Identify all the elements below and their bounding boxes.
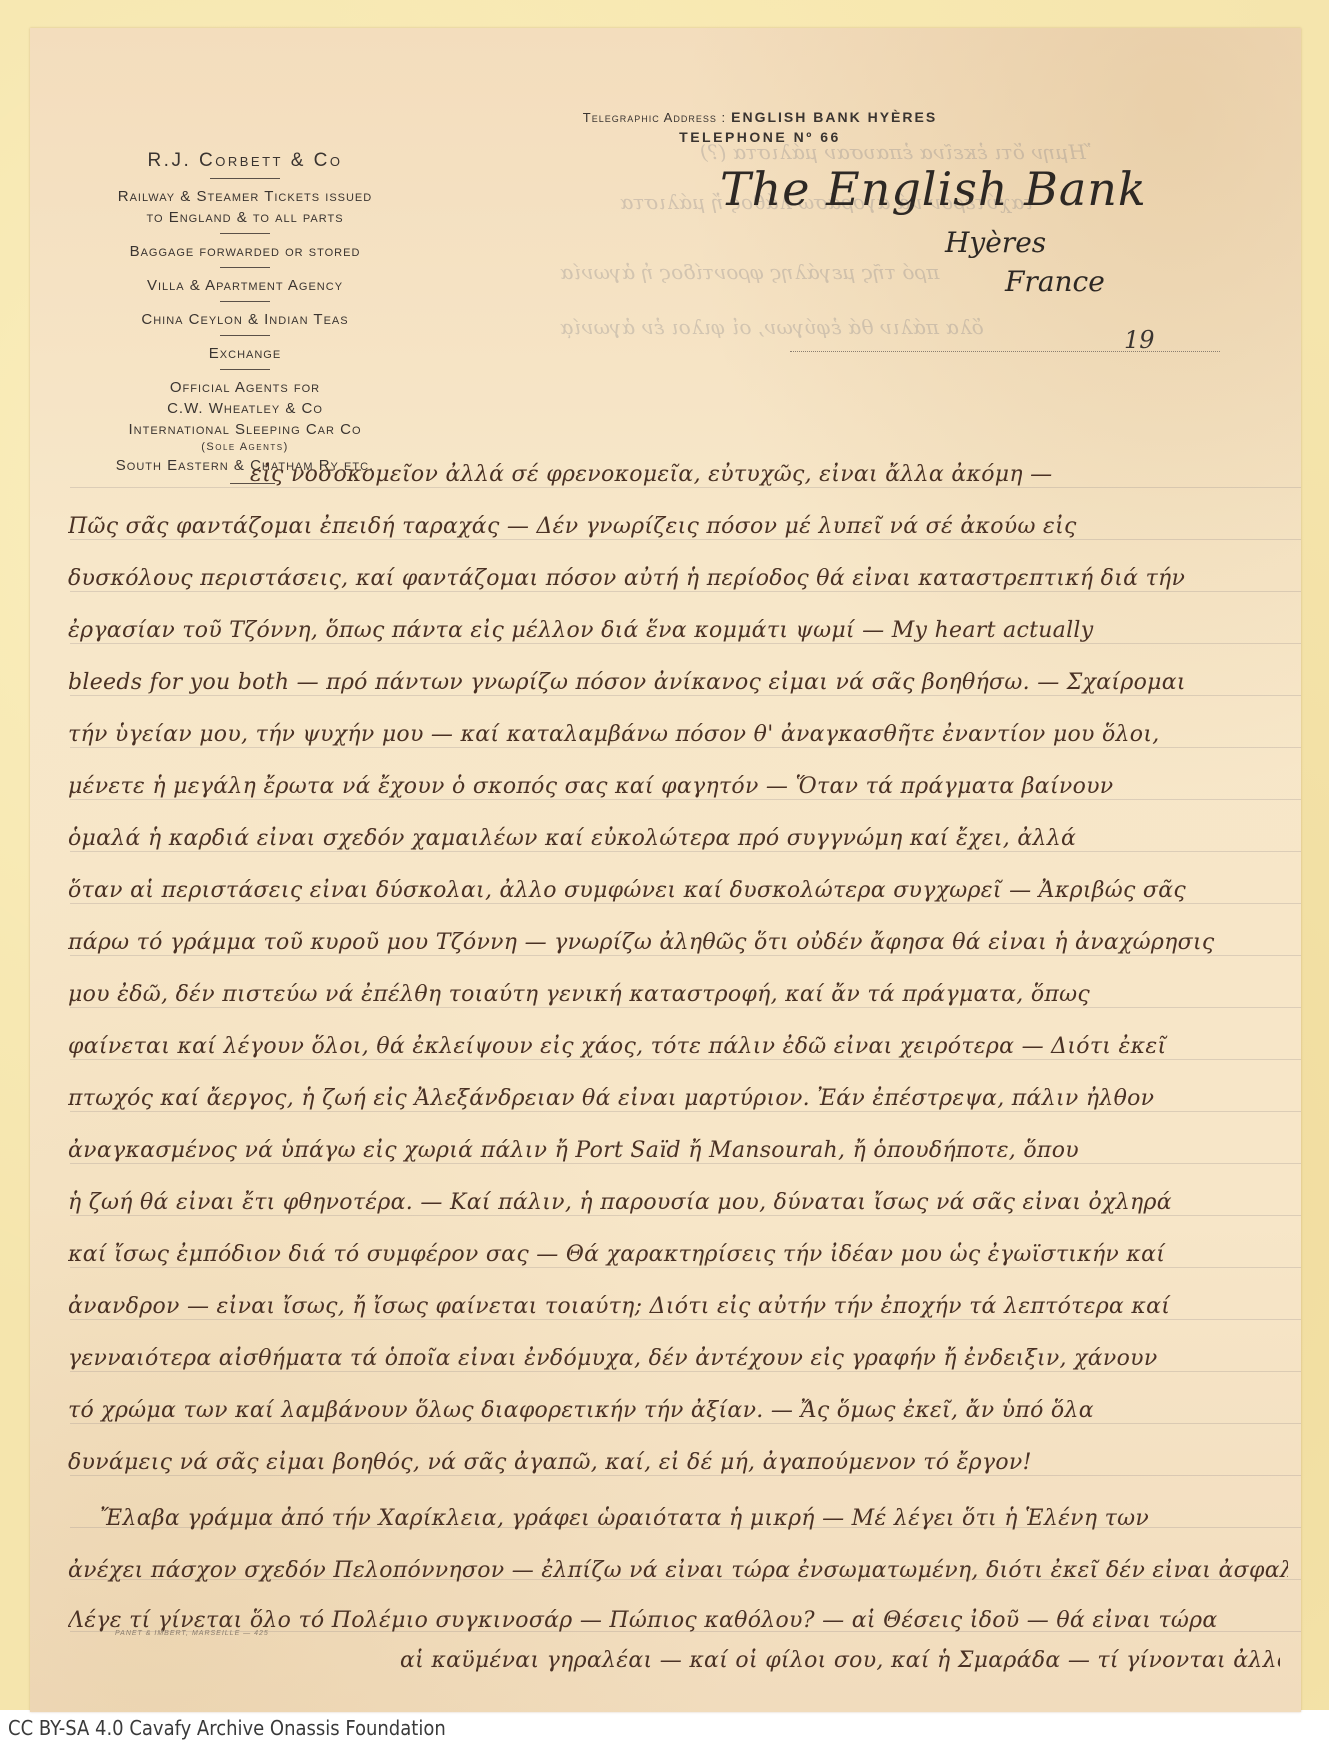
handwritten-line: ἡ ζωή θά εἶναι ἔτι φθηνοτέρα. — Καί πάλι…	[68, 1190, 1288, 1215]
agents-heading: Official Agents for	[80, 377, 410, 398]
ruled-line	[70, 1007, 1301, 1008]
letterhead-agency-block: R.J. Corbett & Co Railway & Steamer Tick…	[80, 150, 410, 476]
handwritten-line: ἀνέχει πάσχον σχεδόν Πελοπόννησον — ἐλπί…	[68, 1558, 1288, 1583]
telegraphic-address: Telegraphic Address : ENGLISH BANK HYÈRE…	[530, 109, 990, 125]
service-line: Baggage forwarded or stored	[80, 241, 410, 262]
bank-country-script: France	[1005, 265, 1105, 298]
ruled-line	[70, 1163, 1301, 1164]
ruled-line	[70, 1423, 1301, 1424]
bleed-through-text: πρό τῆς μεγάλης φροντίδος ἡ ἀγωνία	[560, 260, 939, 284]
ruled-line	[70, 591, 1301, 592]
service-line: to England & to all parts	[80, 207, 410, 228]
handwritten-line: ὅταν αἱ περιστάσεις εἶναι δύσκολαι, ἀλλο…	[68, 878, 1288, 903]
service-line: Railway & Steamer Tickets issued	[80, 186, 410, 207]
ruled-line	[70, 1059, 1301, 1060]
telegraphic-label: Telegraphic Address :	[583, 110, 726, 125]
ruled-line	[70, 1215, 1301, 1216]
handwritten-line: ἀνανδρον — εἶναι ἴσως, ἤ ἴσως φαίνεται τ…	[68, 1294, 1288, 1319]
handwritten-line: δυνάμεις νά σᾶς εἶμαι βοηθός, νά σᾶς ἀγα…	[68, 1450, 1288, 1475]
ruled-line	[70, 799, 1301, 800]
handwritten-line: εἰς νοσοκομεῖον ἀλλά σέ φρενοκομεῖα, εὐτ…	[250, 462, 1290, 487]
handwritten-line: αἱ καϋμέναι γηραλέαι — καί οἱ φίλοι σου,…	[400, 1648, 1280, 1673]
ruled-line	[70, 747, 1301, 748]
ruled-line	[70, 1371, 1301, 1372]
handwritten-line: δυσκόλους περιστάσεις, καί φαντάζομαι πό…	[68, 566, 1288, 591]
handwritten-line: ὁμαλά ἡ καρδιά εἶναι σχεδόν χαμαιλέων κα…	[68, 826, 1288, 851]
service-line: Villa & Apartment Agency	[80, 275, 410, 296]
license-credit: CC BY-SA 4.0 Cavafy Archive Onassis Foun…	[8, 1716, 446, 1740]
handwritten-line: φαίνεται καί λέγουν ὅλοι, θά ἐκλείψουν ε…	[68, 1034, 1288, 1059]
handwritten-line: γενναιότερα αἰσθήματα τά ὁποῖα εἶναι ἐνδ…	[68, 1346, 1288, 1371]
handwritten-line: πτωχός καί ἄεργος, ἡ ζωή εἰς Ἀλεξάνδρεια…	[68, 1086, 1288, 1111]
handwritten-line: ἐργασίαν τοῦ Τζόννη, ὅπως πάντα εἰς μέλλ…	[68, 618, 1288, 643]
date-dotted-line	[790, 351, 1220, 352]
handwritten-line: Πῶς σᾶς φαντάζομαι ἐπειδή ταραχάς — Δέν …	[68, 514, 1288, 539]
ruled-line	[70, 1111, 1301, 1112]
separator	[210, 178, 280, 179]
agent-line: International Sleeping Car Co	[80, 419, 410, 440]
date-year: 19	[1124, 326, 1155, 354]
ruled-line	[70, 695, 1301, 696]
separator	[220, 369, 270, 370]
handwritten-line: μου ἐδῶ, δέν πιστεύω νά ἐπέλθη τοιαύτη γ…	[68, 982, 1288, 1007]
ruled-line	[70, 1267, 1301, 1268]
handwritten-line: τό χρώμα των καί λαμβάνουν ὅλως διαφορετ…	[68, 1398, 1288, 1423]
bleed-through-text: ὅλα πάλιν θά ἐφύγων, οἱ φιλοι ἐν ἀγωνίᾳ	[560, 315, 984, 339]
ruled-line	[70, 539, 1301, 540]
bank-city-script: Hyères	[945, 226, 1046, 259]
ruled-line	[70, 1475, 1301, 1476]
agent-line: C.W. Wheatley & Co	[80, 398, 410, 419]
separator	[220, 335, 270, 336]
ruled-line	[70, 851, 1301, 852]
handwritten-line: καί ἴσως ἐμπόδιον διά τό συμφέρον σας — …	[68, 1242, 1288, 1267]
separator	[220, 233, 270, 234]
ruled-line	[70, 955, 1301, 956]
bank-name-script: The English Bank	[720, 162, 1130, 216]
separator	[220, 301, 270, 302]
service-line: China Ceylon & Indian Teas	[80, 309, 410, 330]
printer-imprint: PANET & IMBERT, MARSEILLE — 425	[115, 1630, 269, 1637]
telephone-number: TELEPHONE Nº 66	[530, 129, 990, 145]
letterhead-contact-block: Telegraphic Address : ENGLISH BANK HYÈRE…	[530, 109, 990, 145]
separator	[220, 267, 270, 268]
service-line: Exchange	[80, 343, 410, 364]
ruled-line	[70, 1319, 1301, 1320]
handwritten-line: μένετε ἡ μεγάλη ἔρωτα νά ἔχουν ὁ σκοπός …	[68, 774, 1288, 799]
handwritten-line: ἀναγκασμένος νά ὑπάγω εἰς χωριά πάλιν ἤ …	[68, 1138, 1288, 1163]
ruled-line	[70, 643, 1301, 644]
handwritten-line: τήν ὑγείαν μου, τήν ψυχήν μου — καί κατα…	[68, 722, 1288, 747]
handwritten-line: πάρω τό γράμμα τοῦ κυροῦ μου Τζόννη — γν…	[68, 930, 1288, 955]
firm-name: R.J. Corbett & Co	[80, 150, 410, 172]
ruled-line	[70, 487, 1301, 488]
ruled-line	[70, 903, 1301, 904]
telegraphic-value: ENGLISH BANK HYÈRES	[731, 109, 937, 125]
handwritten-line: Ἔλαβα γράμμα ἀπό τήν Χαρίκλεια, γράφει ὡ…	[100, 1506, 1290, 1531]
handwritten-line: bleeds for you both — πρό πάντων γνωρίζω…	[68, 670, 1288, 695]
agent-note: (Sole Agents)	[80, 440, 410, 455]
